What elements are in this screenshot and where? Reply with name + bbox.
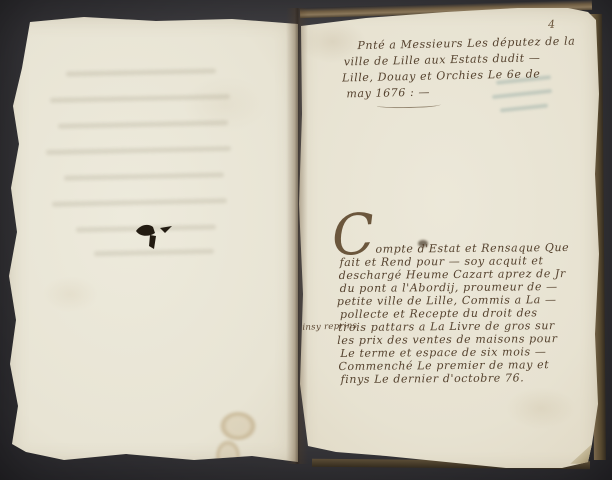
body-line: Commenché Le premier de may et bbox=[338, 358, 570, 373]
show-through-text bbox=[50, 94, 230, 103]
body-text: ompte d'Estat et Rensaque Que fait et Re… bbox=[339, 241, 570, 386]
heading-text: Pnté a Messieurs Les députez de la ville… bbox=[341, 34, 576, 110]
water-stain bbox=[202, 400, 272, 480]
margin-note: Ainsy reprins bbox=[296, 321, 358, 333]
show-through-text bbox=[52, 198, 227, 207]
body-line: finys Le dernier d'octobre 76. bbox=[341, 371, 571, 386]
right-page: 4 Pnté a Messieurs Les députez de la vil… bbox=[296, 4, 602, 474]
manuscript-photo: 4 Pnté a Messieurs Les députez de la vil… bbox=[0, 0, 612, 480]
show-through-text bbox=[64, 172, 224, 180]
ink-blot bbox=[132, 218, 176, 254]
left-page bbox=[6, 14, 298, 466]
show-through-text bbox=[58, 120, 228, 129]
underline-flourish bbox=[377, 101, 441, 108]
show-through-text bbox=[66, 68, 216, 76]
show-through-text bbox=[46, 146, 231, 155]
folio-number: 4 bbox=[548, 18, 556, 31]
heading-line: may 1676 : — bbox=[346, 82, 576, 103]
